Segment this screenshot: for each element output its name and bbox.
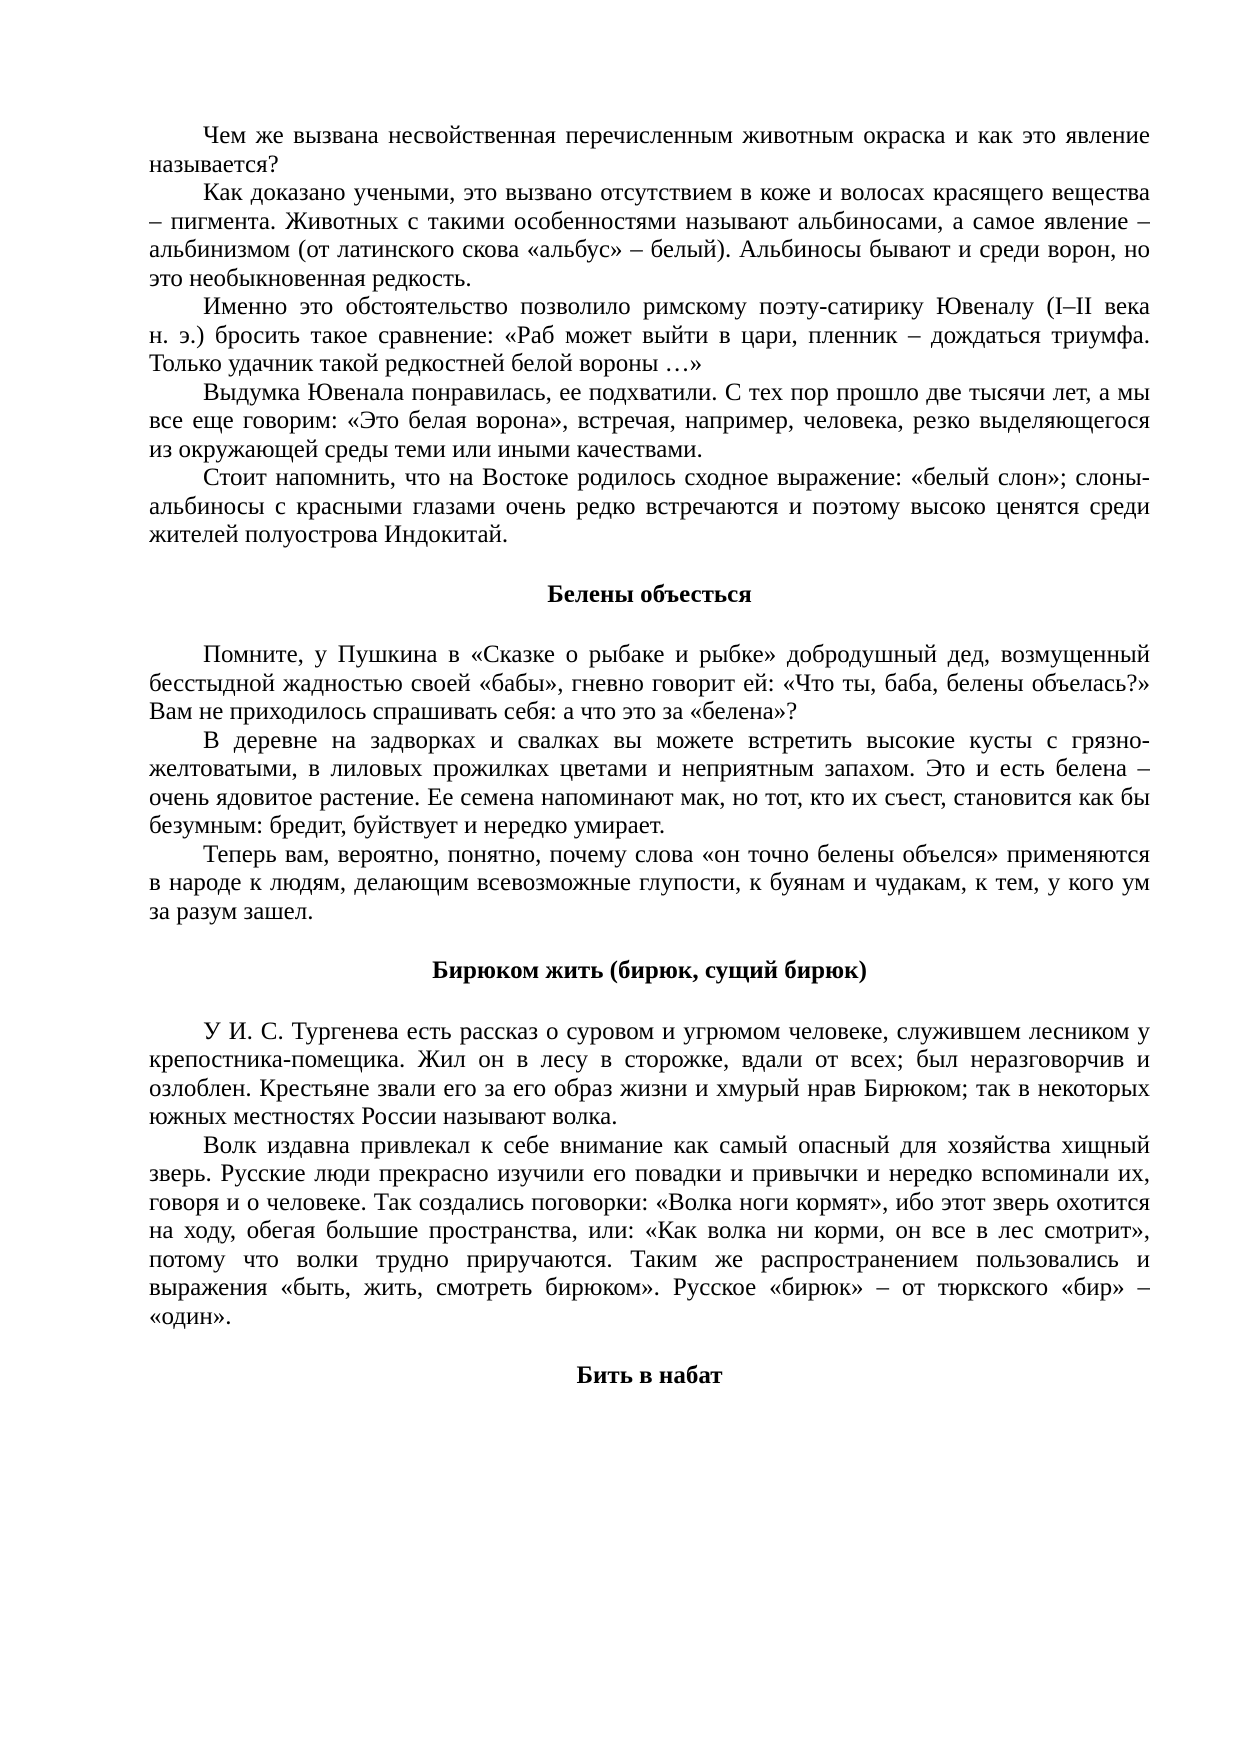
text-line: Чем же вызвана несвойственная перечислен… [149, 122, 1150, 151]
text-line: из окружающей среды теми или иными качес… [149, 436, 1150, 465]
paragraph: Стоит напомнить, что на Востоке родилось… [149, 464, 1150, 550]
text-line: южных местностях России называют волка. [149, 1103, 1150, 1132]
text-line: все еще говорим: «Это белая ворона», вст… [149, 407, 1150, 436]
text-line: У И. С. Тургенева есть рассказ о суровом… [149, 1018, 1150, 1047]
section-heading: Белены объесться [149, 581, 1150, 610]
text-line: Волк издавна привлекал к себе внимание к… [149, 1132, 1150, 1161]
text-line: выражения «быть, жить, смотреть бирюком»… [149, 1274, 1150, 1303]
text-line: потому что волки трудно приручаются. Так… [149, 1246, 1150, 1275]
section-heading: Бить в набат [149, 1362, 1150, 1391]
text-line: «один». [149, 1303, 1150, 1332]
text-line: за разум зашел. [149, 898, 1150, 927]
paragraph: Именно это обстоятельство позволило римс… [149, 293, 1150, 379]
text-line: альбиносы с красными глазами очень редко… [149, 493, 1150, 522]
text-line: Выдумка Ювенала понравилась, ее подхвати… [149, 379, 1150, 408]
document-text: Чем же вызвана несвойственная перечислен… [149, 122, 1150, 1423]
document-page: Чем же вызвана несвойственная перечислен… [0, 0, 1240, 1754]
text-line: альбинизмом (от латинского скова «альбус… [149, 236, 1150, 265]
text-line: в народе к людям, делающим всевозможные … [149, 869, 1150, 898]
text-line: Помните, у Пушкина в «Сказке о рыбаке и … [149, 641, 1150, 670]
text-line: это необыкновенная редкость. [149, 265, 1150, 294]
text-line: Именно это обстоятельство позволило римс… [149, 293, 1150, 322]
text-line: В деревне на задворках и свалках вы може… [149, 727, 1150, 756]
text-line: бесстыдной жадностью своей «бабы», гневн… [149, 670, 1150, 699]
text-line: – пигмента. Животных с такими особенност… [149, 208, 1150, 237]
text-line: озлоблен. Крестьяне звали его за его обр… [149, 1075, 1150, 1104]
paragraph: В деревне на задворках и свалках вы може… [149, 727, 1150, 841]
text-line: жителей полуострова Индокитай. [149, 521, 1150, 550]
paragraph: У И. С. Тургенева есть рассказ о суровом… [149, 1018, 1150, 1132]
text-line: безумным: бредит, буйствует и нередко ум… [149, 812, 1150, 841]
paragraph: Чем же вызвана несвойственная перечислен… [149, 122, 1150, 179]
paragraph: Волк издавна привлекал к себе внимание к… [149, 1132, 1150, 1332]
text-line: зверь. Русские люди прекрасно изучили ег… [149, 1160, 1150, 1189]
paragraph: Выдумка Ювенала понравилась, ее подхвати… [149, 379, 1150, 465]
text-line: Как доказано учеными, это вызвано отсутс… [149, 179, 1150, 208]
text-line: Вам не приходилось спрашивать себя: а чт… [149, 698, 1150, 727]
paragraph: Теперь вам, вероятно, понятно, почему сл… [149, 841, 1150, 927]
section-heading: Бирюком жить (бирюк, сущий бирюк) [149, 957, 1150, 986]
text-line: говоря и о человеке. Так создались погов… [149, 1189, 1150, 1218]
text-line: Стоит напомнить, что на Востоке родилось… [149, 464, 1150, 493]
text-line: на ходу, обегая большие пространства, ил… [149, 1217, 1150, 1246]
text-line: называется? [149, 151, 1150, 180]
text-line: крепостника-помещика. Жил он в лесу в ст… [149, 1046, 1150, 1075]
text-line: Только удачник такой редкостней белой во… [149, 350, 1150, 379]
text-line: желтоватыми, в лиловых прожилках цветами… [149, 755, 1150, 784]
text-line: Теперь вам, вероятно, понятно, почему сл… [149, 841, 1150, 870]
text-line: очень ядовитое растение. Ее семена напом… [149, 784, 1150, 813]
paragraph: Как доказано учеными, это вызвано отсутс… [149, 179, 1150, 293]
paragraph: Помните, у Пушкина в «Сказке о рыбаке и … [149, 641, 1150, 727]
text-line: н. э.) бросить такое сравнение: «Раб мож… [149, 322, 1150, 351]
